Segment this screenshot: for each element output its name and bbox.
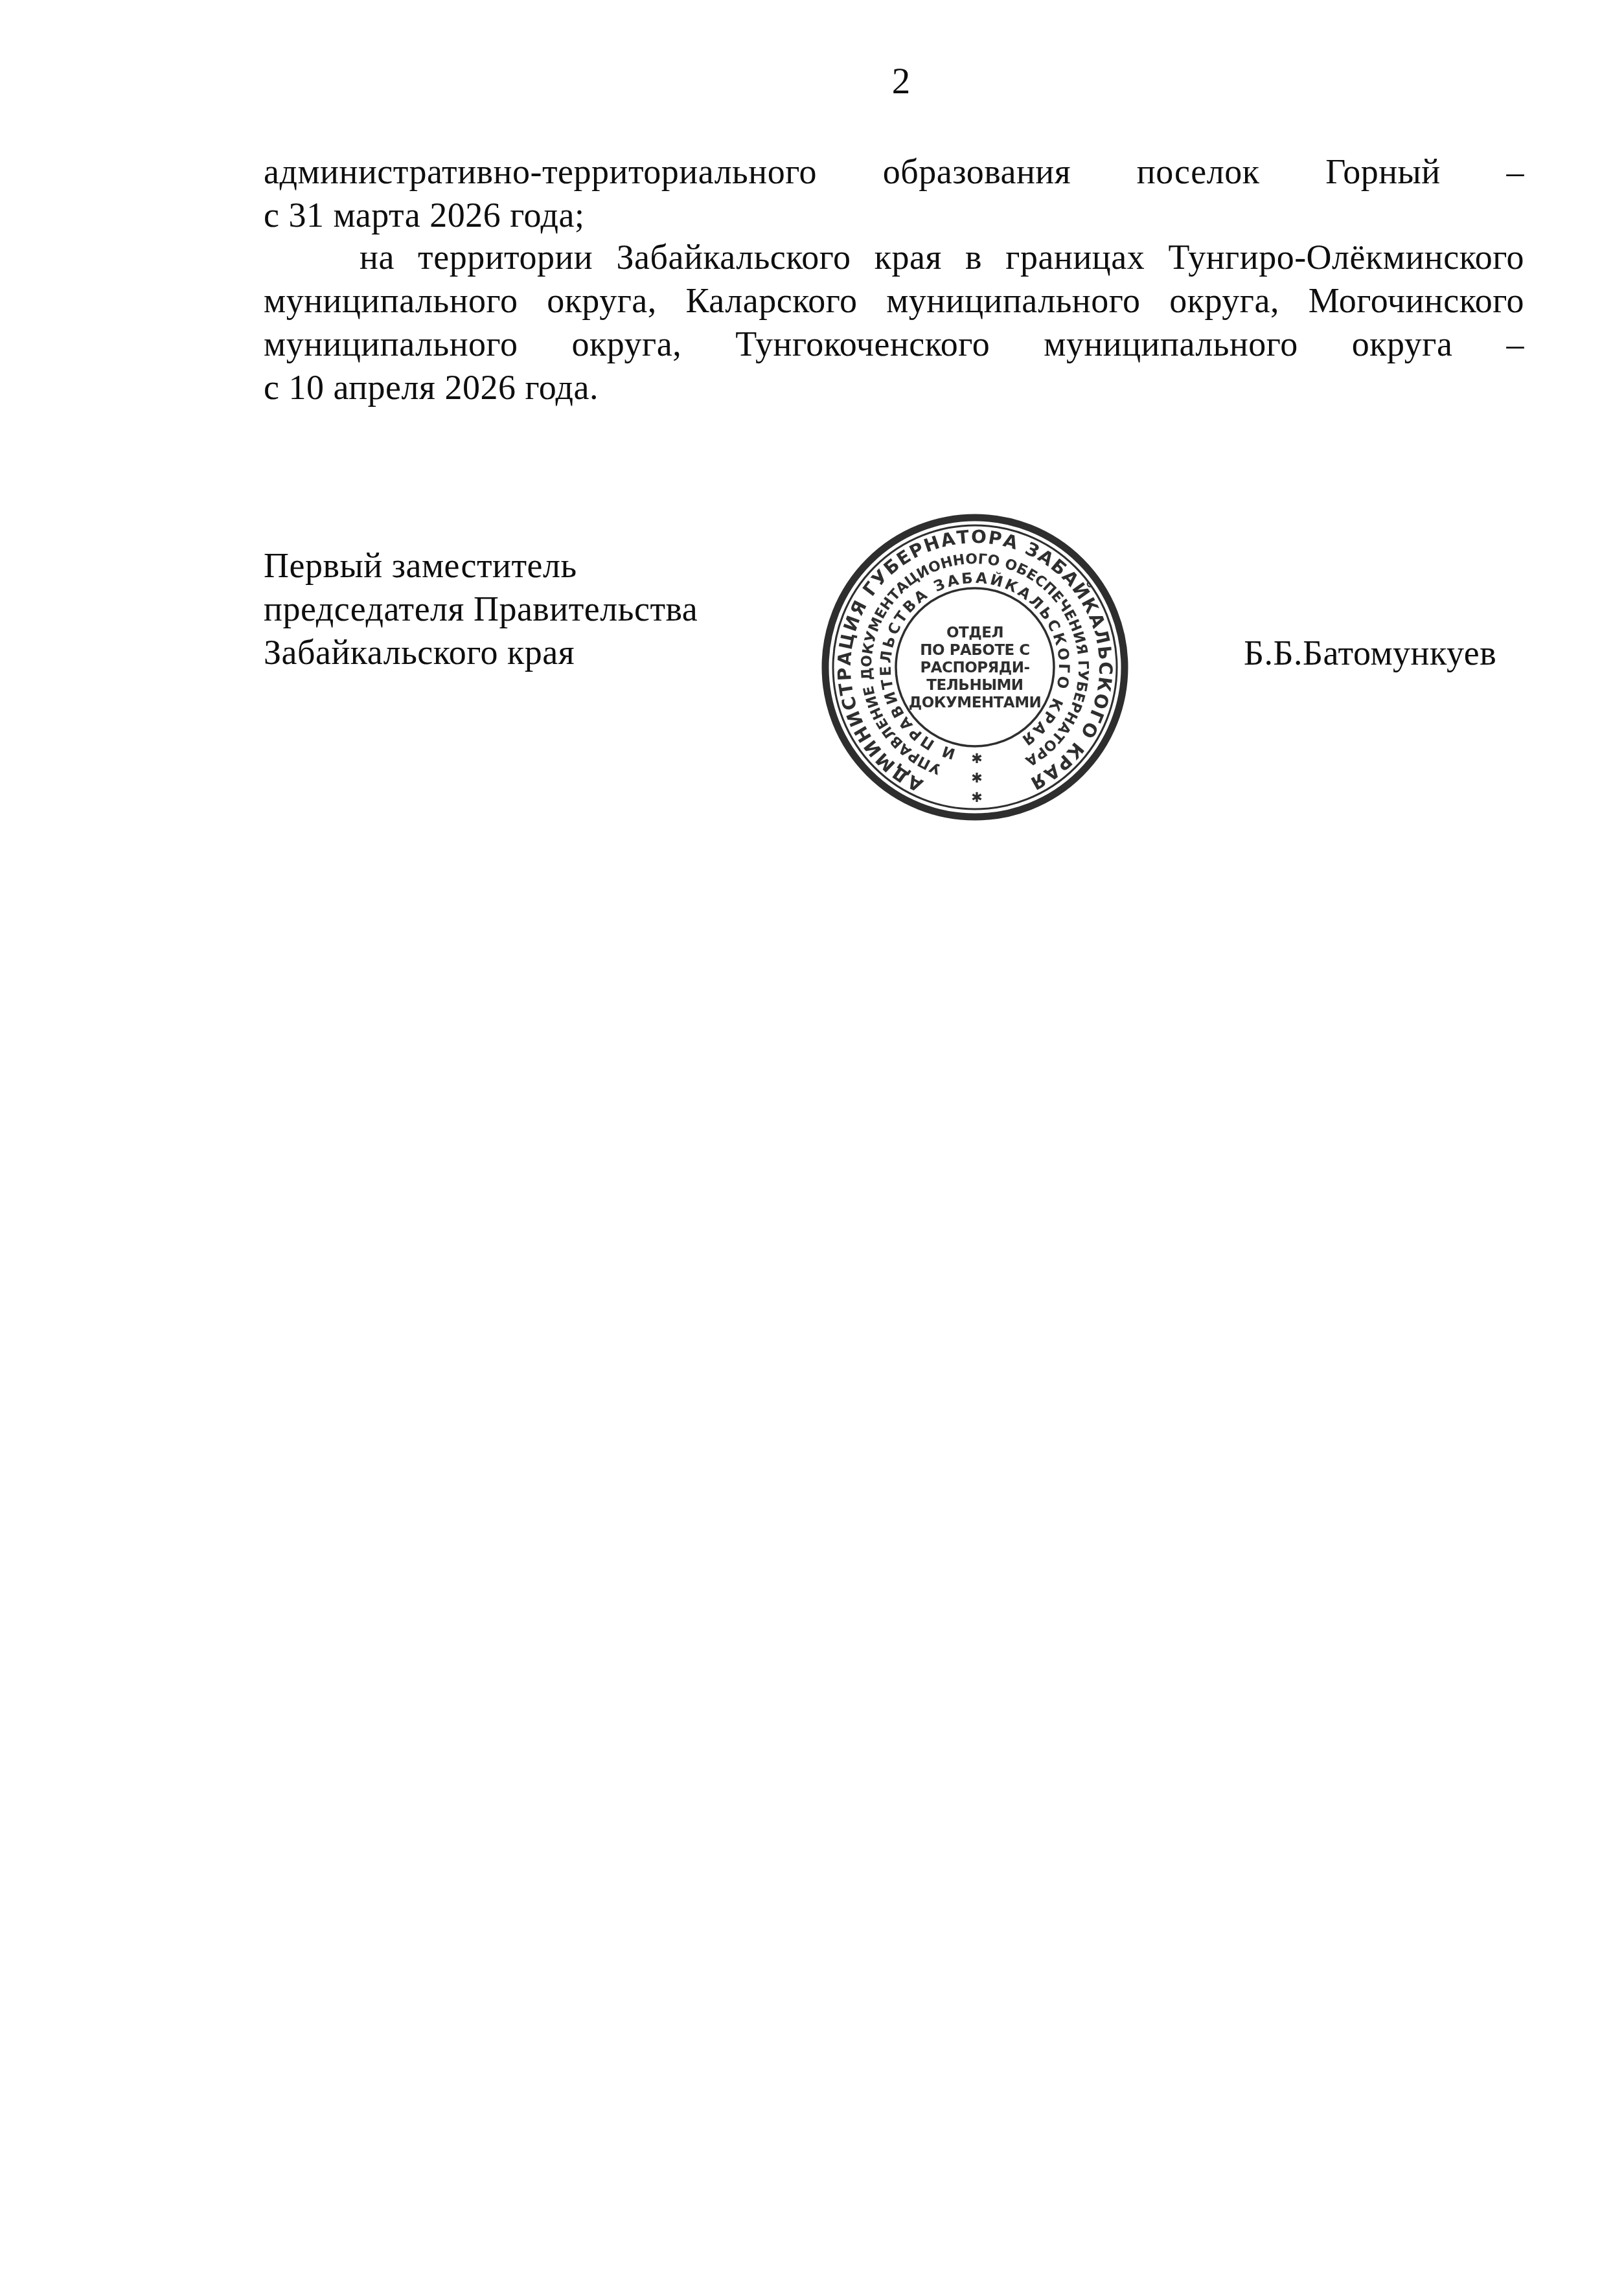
paragraph-2-line-2: муниципального округа, Каларского муници… [264,279,1524,323]
paragraph-2: на территории Забайкальского края в гран… [264,236,1524,409]
signature-block: Первый заместитель председателя Правител… [264,544,698,674]
paragraph-1: административно-территориального образов… [264,150,1524,237]
stamp-center-line-3: РАСПОРЯДИ- [920,659,1029,676]
official-round-stamp: АДМИНИСТРАЦИЯ ГУБЕРНАТОРА ЗАБАЙКАЛЬСКОГО… [800,492,1150,842]
page-number: 2 [852,62,950,101]
paragraph-2-line-1: на территории Забайкальского края в гран… [264,236,1524,279]
stamp-center-line-4: ТЕЛЬНЫМИ [926,677,1023,694]
paragraph-1-line-1: административно-территориального образов… [264,150,1524,194]
signature-name: Б.Б.Батомункуев [1244,632,1496,675]
paragraph-2-line-4: с 10 апреля 2026 года. [264,366,1524,409]
paragraph-1-line-2: с 31 марта 2026 года; [264,194,1524,237]
stamp-center-line-1: ОТДЕЛ [946,624,1003,641]
signature-post-line-2: председателя Правительства [264,588,698,631]
stamp-separator-asterisk-2: ✱ [971,770,983,786]
document-page: 2 административно-территориального образ… [0,0,1624,2277]
stamp-separator-asterisk-3: ✱ [971,790,983,805]
signature-post-line-3: Забайкальского края [264,631,698,674]
stamp-center-line-2: ПО РАБОТЕ С [920,642,1029,659]
paragraph-2-line-3: муниципального округа, Тунгокоченского м… [264,323,1524,366]
stamp-center-line-5: ДОКУМЕНТАМИ [909,694,1042,711]
signature-post-line-1: Первый заместитель [264,544,698,588]
stamp-separator-asterisk-1: ✱ [971,751,983,766]
